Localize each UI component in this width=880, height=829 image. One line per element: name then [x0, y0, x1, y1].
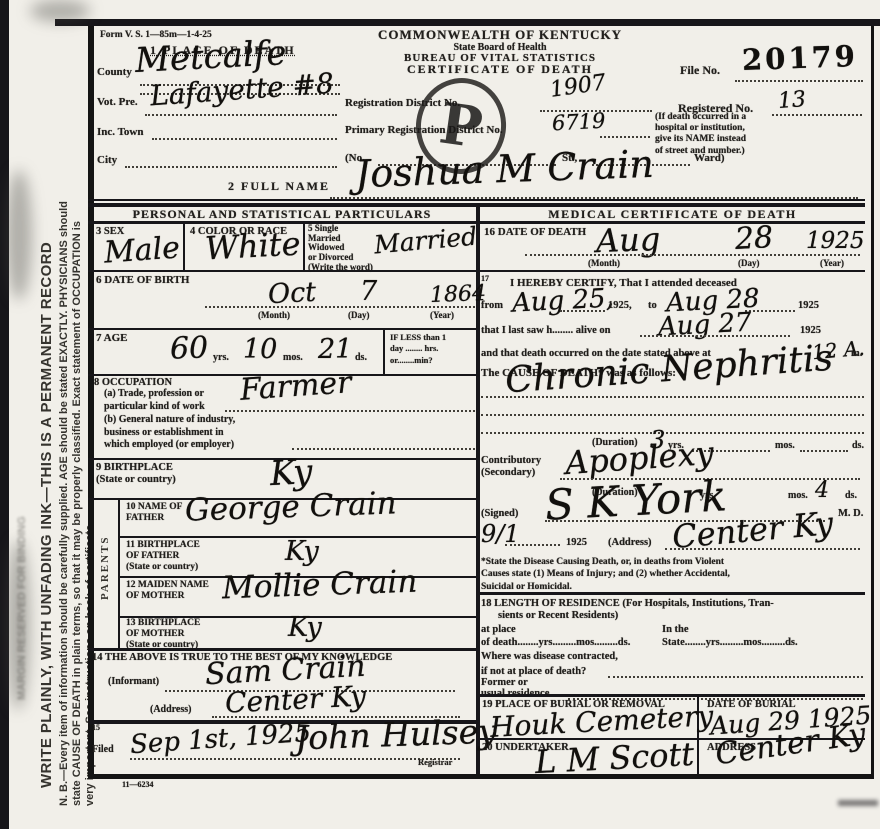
residence-label-line2: sients or Recent Residents) — [498, 610, 618, 622]
cell-divider — [303, 224, 305, 270]
city-line — [125, 166, 337, 168]
cause-line3 — [481, 432, 864, 434]
registrar-caption: Registrar — [418, 758, 452, 768]
cause-mos-caption: mos. — [775, 440, 795, 452]
primary-district-line — [600, 136, 650, 138]
cause-line2 — [481, 414, 864, 416]
marital-label: 5 Single Married Widowed or Divorced (Wr… — [308, 224, 373, 273]
contributory-ds-caption: ds. — [845, 490, 857, 502]
print-code: 11—6234 — [122, 780, 154, 789]
medical-section-title: MEDICAL CERTIFICATE OF DEATH — [480, 208, 865, 222]
county-label: County — [97, 66, 132, 79]
dod-day-caption: (Day) — [738, 258, 760, 268]
filed-line — [130, 758, 460, 760]
informant-label: (Informant) — [108, 676, 159, 688]
age-months-value: 10 — [243, 336, 277, 363]
contributory-mos-caption: mos. — [788, 490, 808, 502]
to-line — [745, 310, 795, 312]
inc-town-label: Inc. Town — [97, 126, 143, 139]
dod-month-caption: (Month) — [588, 258, 620, 268]
separator — [88, 199, 865, 201]
age-label: 7 AGE — [96, 332, 127, 345]
margin-binding-note: MARGIN RESERVED FOR BINDING — [16, 516, 28, 700]
full-name-label: 2 FULL NAME — [228, 180, 330, 194]
mother-name-label: 12 MAIDEN NAME OF MOTHER — [126, 580, 209, 602]
undertaker-value: L M Scott — [534, 738, 695, 778]
occupation-a-value: Farmer — [239, 368, 352, 406]
informant-address-label: (Address) — [150, 704, 191, 716]
father-birthplace-value: Ky — [285, 538, 319, 565]
personal-section-title: PERSONAL AND STATISTICAL PARTICULARS — [88, 208, 476, 222]
in-the-label: In the — [662, 624, 689, 636]
attended-from-year: 1925, — [608, 300, 632, 312]
margin-nb-line2: state CAUSE OF DEATH in plain terms, so … — [71, 221, 83, 806]
certify-number: 17 — [481, 274, 489, 283]
father-birthplace-label: 11 BIRTHPLACE OF FATHER (State or countr… — [126, 540, 200, 573]
registrar-signature: John Hulsey — [294, 714, 497, 754]
sex-value: Male — [103, 233, 181, 268]
commonwealth-heading: COMMONWEALTH OF KENTUCKY — [350, 28, 650, 43]
row-line — [480, 270, 865, 272]
birthplace-value: Ky — [269, 455, 313, 491]
attended-to-year: 1925 — [798, 300, 819, 312]
hospital-note: (If death occurred in a hospital or inst… — [655, 112, 867, 157]
father-name-label: 10 NAME OF FATHER — [126, 502, 182, 524]
last-saw-year: 1925 — [800, 325, 821, 337]
scan-smudge — [838, 800, 878, 806]
cause-ds-caption: ds. — [852, 440, 864, 452]
dob-month-caption: (Month) — [258, 310, 290, 320]
informant-address-value: Center Ky — [224, 682, 366, 717]
dod-month-value: Aug — [595, 223, 660, 257]
dod-year-caption: (Year) — [820, 258, 844, 268]
filed-number: 15 — [92, 723, 100, 732]
age-mos-caption: mos. — [283, 352, 303, 364]
dob-line — [205, 306, 475, 308]
scan-smudge — [30, 0, 90, 22]
dob-month-value: Oct — [267, 279, 316, 308]
dod-day-value: 28 — [734, 223, 774, 255]
dob-day-caption: (Day) — [348, 310, 370, 320]
parents-side-label: PARENTS — [99, 535, 111, 600]
duration-line2 — [800, 450, 848, 452]
row-line — [88, 270, 476, 272]
occupation-a-label: (a) Trade, profession or particular kind… — [104, 388, 205, 413]
mother-birthplace-label: 13 BIRTHPLACE OF MOTHER (State or countr… — [126, 618, 200, 651]
certificate-heading: CERTIFICATE OF DEATH — [350, 63, 650, 77]
city-label: City — [97, 154, 117, 167]
cause-footnote: *State the Disease Causing Death, or, in… — [481, 556, 866, 593]
signed-date-line — [505, 544, 560, 546]
last-saw-label: that I last saw h........ alive on — [481, 325, 611, 337]
dob-day-value: 7 — [360, 278, 377, 305]
meridiem-label: m. — [851, 348, 862, 360]
of-death-label: of death........yrs.........mos.........… — [481, 637, 630, 649]
dob-label: 6 DATE OF BIRTH — [96, 274, 189, 287]
inc-town-line — [152, 138, 337, 140]
cell-divider — [183, 224, 185, 270]
row-line — [480, 694, 865, 697]
signed-date-value: 9/1 — [481, 522, 520, 546]
row-line — [88, 328, 476, 330]
at-place-label: at place — [481, 624, 516, 636]
if-not-line — [608, 676, 863, 678]
signed-address-label: (Address) — [608, 537, 652, 549]
from-line — [560, 310, 605, 312]
mother-birthplace-value: Ky — [288, 614, 322, 641]
state-duration-label: State........yrs.........mos.........ds. — [662, 637, 798, 649]
form-top-border — [55, 19, 880, 26]
file-no-line — [735, 80, 863, 82]
occupation-b-line — [292, 448, 475, 450]
precinct-line — [145, 114, 337, 116]
residence-label-line1: 18 LENGTH OF RESIDENCE (For Hospitals, I… — [481, 598, 774, 610]
contributory-duration-days-value: 4 — [815, 480, 829, 502]
precinct-label: Vot. Pre. — [97, 96, 138, 109]
father-name-value: George Crain — [185, 488, 397, 526]
contributory-label: Contributory (Secondary) — [481, 455, 541, 479]
dod-year-value: 1925 — [806, 230, 865, 253]
margin-write-plainly-note: WRITE PLAINLY, WITH UNFADING INK—THIS IS… — [38, 242, 55, 788]
age-years-value: 60 — [169, 333, 208, 364]
file-no-value: 20179 — [742, 42, 859, 75]
if-less-note: IF LESS than 1 day ........ hrs. or.....… — [390, 332, 446, 366]
md-caption: M. D. — [838, 508, 863, 520]
death-certificate-scan: MARGIN RESERVED FOR BINDING WRITE PLAINL… — [0, 0, 880, 829]
row-line — [88, 648, 476, 651]
mother-name-value: Mollie Crain — [222, 567, 418, 605]
birthplace-label: 9 BIRTHPLACE (State or country) — [96, 462, 176, 486]
age-ds-caption: ds. — [355, 352, 367, 364]
age-days-value: 21 — [318, 336, 352, 363]
row-line — [480, 592, 865, 595]
dob-year-caption: (Year) — [430, 310, 454, 320]
last-saw-line — [640, 335, 790, 337]
disease-contracted-label: Where was disease contracted, — [481, 651, 618, 663]
signed-label: (Signed) — [481, 508, 518, 520]
age-yrs-caption: yrs. — [213, 352, 229, 364]
primary-district-value: 6719 — [551, 111, 605, 135]
full-name-value: Joshua M Crain — [354, 145, 654, 193]
dod-line — [525, 254, 860, 256]
margin-nb-line1: N. B.—Every item of information should b… — [58, 201, 70, 806]
occupation-b-label: (b) General nature of industry, business… — [104, 414, 235, 452]
scan-binding-edge — [0, 0, 9, 829]
signed-year: 1925 — [566, 537, 587, 549]
occupation-a-line — [225, 410, 475, 412]
attended-from-label: from — [481, 300, 503, 312]
registered-no-value: 13 — [777, 89, 806, 113]
scan-smudge — [6, 170, 32, 300]
filed-label: Filed — [92, 744, 114, 756]
dob-year-value: 1864 — [430, 283, 487, 307]
race-value: White — [204, 228, 301, 265]
date-of-death-label: 16 DATE OF DEATH — [484, 226, 586, 239]
file-no-label: File No. — [680, 64, 720, 78]
attended-to-label: to — [648, 300, 657, 312]
cell-divider — [383, 328, 385, 374]
parents-box-divider — [118, 498, 120, 648]
